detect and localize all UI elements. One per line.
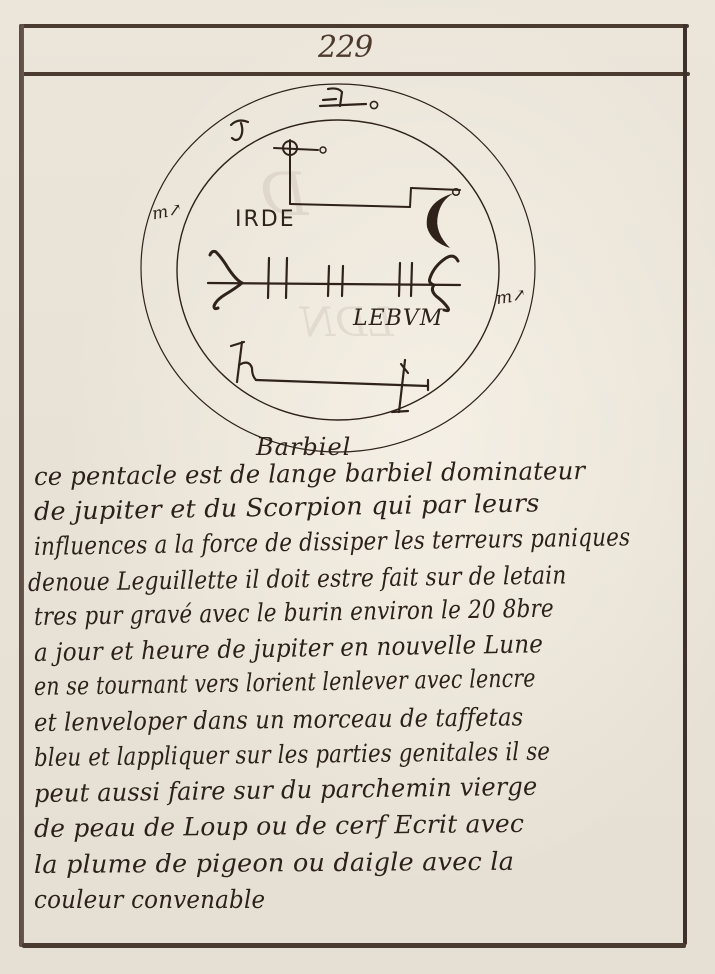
text-line: a jour et heure de jupiter en nouvelle L… — [34, 629, 544, 667]
seal-drawing — [138, 80, 540, 465]
seal-inner-ring — [177, 120, 499, 420]
page-number: 229 — [318, 30, 398, 65]
text-line: tres pur gravé avec le burin environ le … — [34, 594, 554, 631]
text-line: peut aussi faire sur du parchemin vierge — [34, 772, 538, 808]
mercury-style-sigil — [231, 121, 248, 140]
text-line: de jupiter et du Scorpion qui par leurs — [34, 488, 540, 526]
earth-cross-sigil — [274, 140, 460, 207]
jupiter-sigil — [320, 88, 378, 108]
scorpio-glyph-right: m↗ — [495, 285, 528, 309]
saturn-sigil — [231, 342, 428, 386]
text-line: et lenveloper dans un morceau de taffeta… — [34, 702, 524, 737]
seal-lower-word: LEBVM — [353, 306, 443, 331]
frame-bottom-rule — [22, 943, 686, 948]
text-line: couleur convenable — [34, 885, 265, 914]
text-line: ce pentacle est de lange barbiel dominat… — [34, 456, 586, 491]
header-divider-rule — [22, 72, 690, 76]
crescent-moon-sigil — [427, 189, 460, 248]
text-line: de peau de Loup ou de cerf Ecrit avec — [34, 809, 524, 843]
text-line: la plume de pigeon ou daigle avec la — [34, 847, 514, 879]
text-line: denoue Leguillette il doit estre fait su… — [28, 560, 567, 597]
frame-top-rule — [19, 24, 689, 28]
pentacle-seal: IRDE LEBVM Barbiel m↗ m↗ — [138, 80, 540, 465]
frame-left-rule — [19, 24, 24, 947]
manuscript-page: D LDN 229 — [0, 0, 715, 974]
text-line: bleu et lappliquer sur les parties genit… — [34, 737, 550, 772]
seal-outer-ring — [141, 84, 535, 452]
text-line: influences a la force de dissiper les te… — [34, 522, 631, 561]
text-line: en se tournant vers lorient lenlever ave… — [34, 663, 536, 701]
frame-right-rule — [683, 24, 687, 945]
seal-angel-name: Barbiel — [256, 433, 351, 461]
serpent-bar-sigil — [208, 251, 460, 310]
seal-upper-word: IRDE — [235, 207, 296, 232]
